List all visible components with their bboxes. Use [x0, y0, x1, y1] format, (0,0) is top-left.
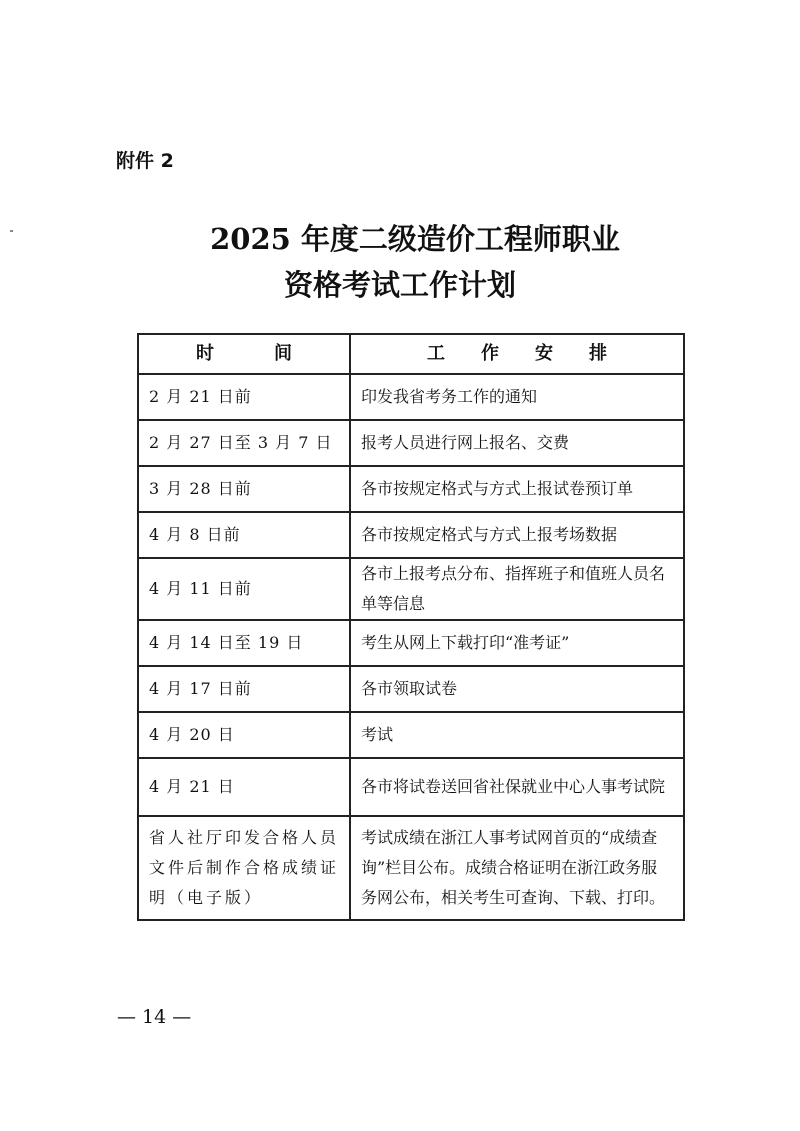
page-number: — 14 —	[117, 1006, 191, 1028]
cell-work: 报考人员进行网上报名、交费	[350, 420, 684, 466]
header-time-char: 间	[274, 343, 292, 364]
cell-time: 4 月 8 日前	[138, 512, 350, 558]
table-row: 2 月 21 日前 印发我省考务工作的通知	[138, 374, 684, 420]
cell-time: 4 月 21 日	[138, 758, 350, 816]
cell-work: 印发我省考务工作的通知	[350, 374, 684, 420]
cell-time: 4 月 11 日前	[138, 558, 350, 620]
title-line-2: 资格考试工作计划	[0, 262, 800, 308]
table-row: 4 月 14 日至 19 日 考生从网上下载打印“准考证”	[138, 620, 684, 666]
cell-work: 考生从网上下载打印“准考证”	[350, 620, 684, 666]
cell-time: 2 月 21 日前	[138, 374, 350, 420]
header-work-char: 排	[589, 343, 607, 364]
table-row: 4 月 20 日 考试	[138, 712, 684, 758]
cell-time: 3 月 28 日前	[138, 466, 350, 512]
cell-time: 4 月 14 日至 19 日	[138, 620, 350, 666]
table-header-row: 时间 工作安排	[138, 334, 684, 374]
table-row: 4 月 17 日前 各市领取试卷	[138, 666, 684, 712]
table-row: 省人社厅印发合格人员文件后制作合格成绩证明（电子版） 考试成绩在浙江人事考试网首…	[138, 816, 684, 920]
header-work-char: 安	[535, 343, 553, 364]
cell-work: 考试	[350, 712, 684, 758]
attachment-label: 附件 2	[116, 146, 174, 173]
cell-work: 各市将试卷送回省社保就业中心人事考试院	[350, 758, 684, 816]
title-line-1: 2025 年度二级造价工程师职业	[0, 216, 800, 262]
cell-time: 4 月 17 日前	[138, 666, 350, 712]
cell-work: 考试成绩在浙江人事考试网首页的“成绩查询”栏目公布。成绩合格证明在浙江政务服务网…	[350, 816, 684, 920]
document-title: 2025 年度二级造价工程师职业 资格考试工作计划	[0, 216, 800, 308]
header-time-char: 时	[196, 343, 214, 364]
cell-work: 各市按规定格式与方式上报试卷预订单	[350, 466, 684, 512]
header-work-char: 作	[481, 343, 499, 364]
table-row: 2 月 27 日至 3 月 7 日 报考人员进行网上报名、交费	[138, 420, 684, 466]
header-work: 工作安排	[350, 334, 684, 374]
cell-work: 各市按规定格式与方式上报考场数据	[350, 512, 684, 558]
table-row: 3 月 28 日前 各市按规定格式与方式上报试卷预订单	[138, 466, 684, 512]
header-time: 时间	[138, 334, 350, 374]
table-row: 4 月 11 日前 各市上报考点分布、指挥班子和值班人员名单等信息	[138, 558, 684, 620]
header-work-char: 工	[427, 343, 445, 364]
cell-time: 省人社厅印发合格人员文件后制作合格成绩证明（电子版）	[138, 816, 350, 920]
cell-work: 各市上报考点分布、指挥班子和值班人员名单等信息	[350, 558, 684, 620]
cell-work: 各市领取试卷	[350, 666, 684, 712]
table-row: 4 月 8 日前 各市按规定格式与方式上报考场数据	[138, 512, 684, 558]
work-plan-table: 时间 工作安排 2 月 21 日前 印发我省考务工作的通知 2 月 27 日至 …	[137, 333, 685, 921]
table-row: 4 月 21 日 各市将试卷送回省社保就业中心人事考试院	[138, 758, 684, 816]
cell-time: 2 月 27 日至 3 月 7 日	[138, 420, 350, 466]
cell-time: 4 月 20 日	[138, 712, 350, 758]
